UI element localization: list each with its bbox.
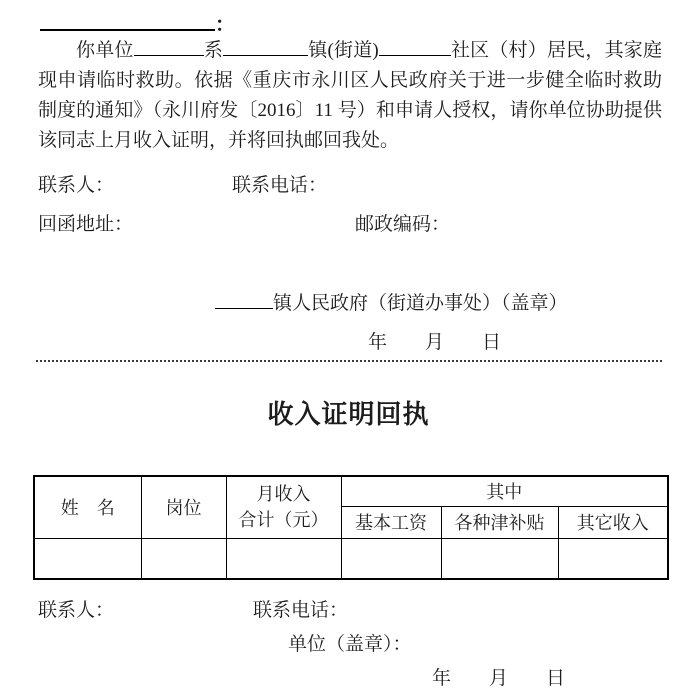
town-blank-line — [215, 291, 273, 309]
cell-monthly-income — [226, 538, 341, 579]
receipt-contact-person-label: 联系人： — [38, 595, 114, 622]
receipt-title: 收入证明回执 — [0, 394, 697, 431]
body-seg-town: 镇(街道) — [308, 40, 379, 61]
header-name: 姓 名 — [34, 476, 141, 538]
header-basic-salary: 基本工资 — [341, 506, 441, 538]
letter-date-line: 年 月 日 — [368, 327, 501, 354]
unit-seal-label: 单位（盖章）： — [288, 629, 412, 656]
income-certificate-document: ： 你单位系镇(街道)社区（村）居民，其家庭现申请临时救助。依据《重庆市永川区人… — [0, 0, 697, 700]
table-data-row — [34, 538, 668, 579]
header-monthly-income-line1: 月收入 — [227, 481, 341, 507]
receipt-date-line: 年 月 日 — [432, 663, 565, 690]
header-allowances: 各种津补贴 — [441, 506, 558, 538]
income-table: 姓 名 岗位 月收入 合计（元） 其中 基本工资 各种津补贴 其它收入 — [33, 475, 669, 580]
letter-body-paragraph: 你单位系镇(街道)社区（村）居民，其家庭现申请临时救助。依据《重庆市永川区人民政… — [38, 36, 662, 156]
body-seg-unit: 你单位 — [76, 40, 134, 61]
unit-name-blank-line — [134, 38, 204, 56]
cell-name — [34, 538, 141, 579]
header-other-income: 其它收入 — [558, 506, 668, 538]
header-monthly-income-line2: 合计（元） — [227, 507, 341, 533]
header-among: 其中 — [341, 476, 668, 506]
government-signature-line: 镇人民政府（街道办事处）（盖章） — [215, 288, 568, 315]
letter-contact-phone-label: 联系电话： — [232, 170, 327, 197]
header-position: 岗位 — [141, 476, 226, 538]
community-name-blank-line — [379, 38, 451, 56]
cell-other-income — [558, 538, 668, 579]
letter-contact-person-label: 联系人： — [38, 170, 114, 197]
cell-basic-salary — [341, 538, 441, 579]
receipt-contact-phone-label: 联系电话： — [253, 595, 348, 622]
cell-position — [141, 538, 226, 579]
return-address-label: 回函地址： — [38, 209, 133, 236]
body-seg-is: 系 — [204, 40, 223, 61]
salutation-line: ： — [40, 8, 235, 32]
town-name-blank-line — [223, 38, 308, 56]
cell-allowances — [441, 538, 558, 579]
recipient-blank-line — [40, 11, 215, 31]
signature-text: 镇人民政府（街道办事处）（盖章） — [273, 293, 568, 314]
postal-code-label: 邮政编码： — [355, 209, 450, 236]
dotted-cut-line — [36, 352, 662, 362]
salutation-colon: ： — [215, 14, 235, 36]
header-monthly-income: 月收入 合计（元） — [226, 476, 341, 538]
